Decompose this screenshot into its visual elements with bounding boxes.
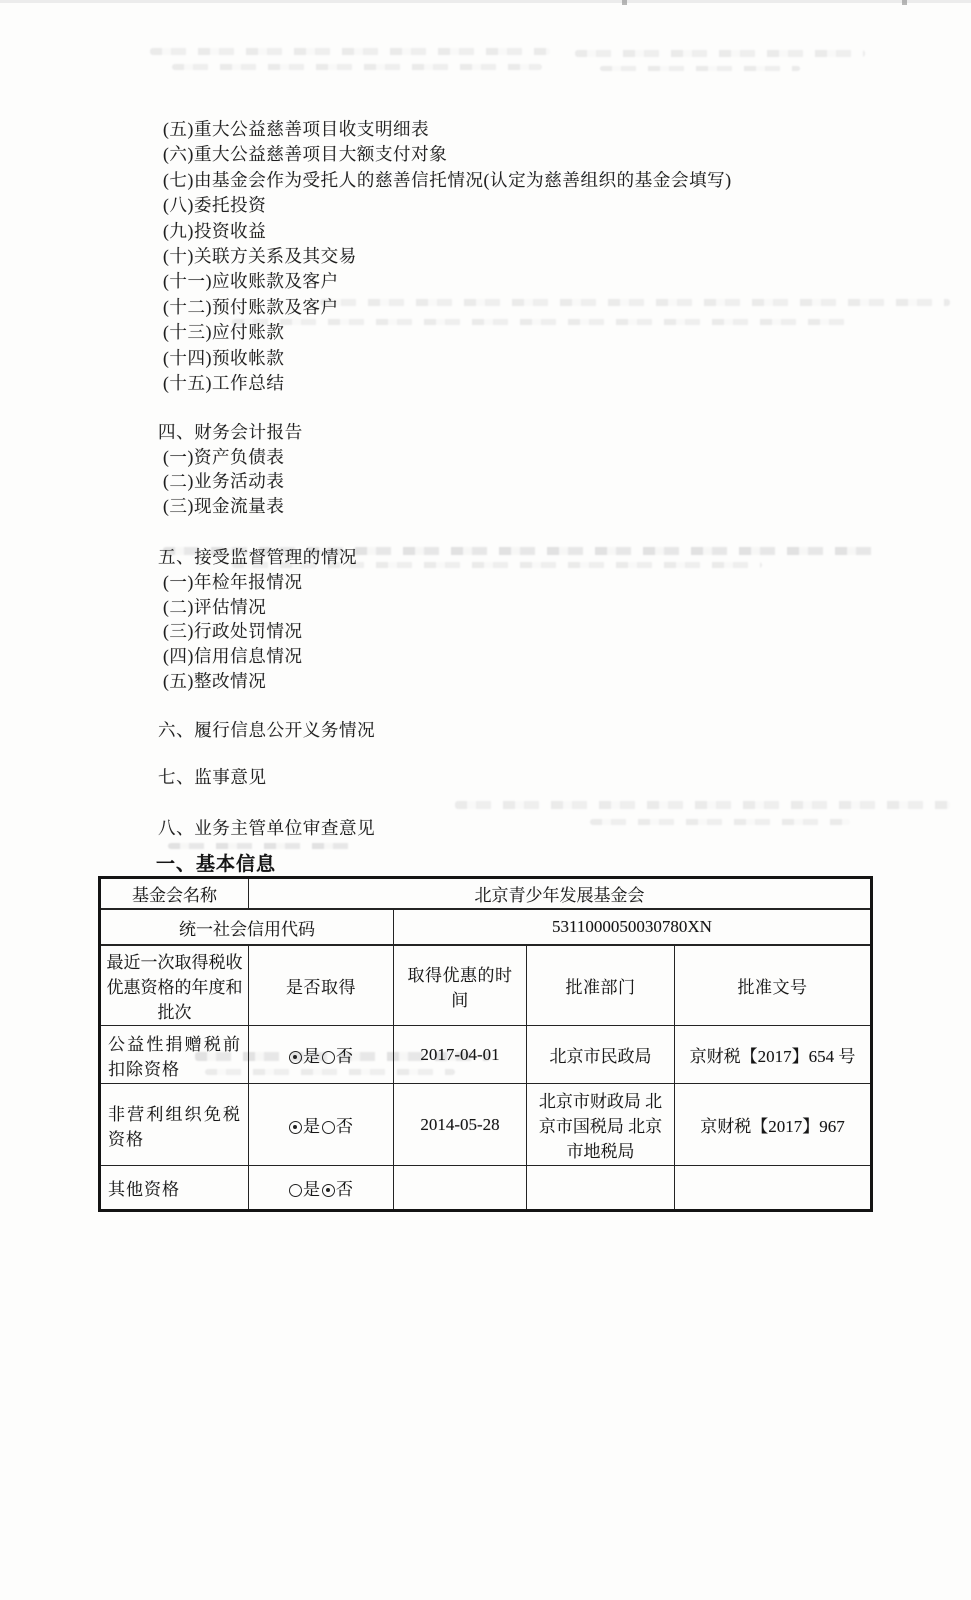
foundation-name-value: 北京青少年发展基金会 [249,878,872,910]
row-doc-no [675,1166,872,1211]
row-obtained-radios: 是否 [249,1026,394,1084]
scan-artifact-10 [590,819,850,825]
radio-no-label: 否 [336,1047,354,1066]
row-date: 2017-04-01 [394,1026,527,1084]
credit-code-value: 5311000050030780XN [394,909,872,945]
credit-code-label: 统一社会信用代码 [100,909,394,945]
toc-section-5: 五、接受监督管理的情况 (一)年检年报情况 (二)评估情况 (三)行政处罚情况 … [158,545,357,694]
scan-artifact-3 [172,64,542,70]
row-doc-no: 京财税【2017】967 [675,1084,872,1166]
row-department: 北京市财政局 北京市国税局 北京市地税局 [527,1084,675,1166]
scan-artifact-tick-2 [902,0,907,5]
row-date [394,1166,527,1211]
basic-info-heading: 一、基本信息 [156,849,276,876]
col-header-date: 取得优惠的时间 [394,945,527,1026]
radio-yes-icon [289,1051,302,1064]
toc-item: (十二)预付账款及客户 [158,295,732,320]
toc-section-6: 六、履行信息公开义务情况 [158,718,375,743]
toc-section-title: 四、财务会计报告 [158,420,303,445]
radio-yes-label: 是 [303,1180,321,1199]
toc-section-8: 八、业务主管单位审查意见 [158,816,375,841]
toc-section-7: 七、监事意见 [158,765,267,790]
col-header-qualification: 最近一次取得税收优惠资格的年度和批次 [100,945,249,1026]
toc-section-title: 七、监事意见 [158,765,267,790]
toc-section-title: 六、履行信息公开义务情况 [158,718,375,743]
radio-no-label: 否 [336,1117,354,1136]
radio-no-icon [322,1184,335,1197]
row-doc-no: 京财税【2017】654 号 [675,1026,872,1084]
toc-section-title: 五、接受监督管理的情况 [158,545,357,570]
toc-item: (三)现金流量表 [158,494,303,519]
row-qualification-name: 非营利组织免税资格 [100,1084,249,1166]
radio-no-icon [322,1121,335,1134]
toc-item: (十四)预收帐款 [158,346,732,371]
radio-yes-icon [289,1184,302,1197]
toc-item: (十)关联方关系及其交易 [158,244,732,269]
scan-artifact-tick-1 [622,0,627,5]
row-qualification-name: 其他资格 [100,1166,249,1211]
scan-artifact-4 [600,66,800,71]
scan-artifact-9 [455,801,950,809]
row-date: 2014-05-28 [394,1084,527,1166]
radio-no-label: 否 [336,1180,354,1199]
radio-no-icon [322,1051,335,1064]
row-department [527,1166,675,1211]
toc-item: (一)资产负债表 [158,445,303,470]
radio-yes-label: 是 [303,1047,321,1066]
basic-info-table: 基金会名称 北京青少年发展基金会 统一社会信用代码 53110000500307… [98,876,873,1212]
toc-item: (一)年检年报情况 [158,570,357,595]
toc-item: (九)投资收益 [158,219,732,244]
radio-yes-label: 是 [303,1117,321,1136]
toc-item: (十一)应收账款及客户 [158,269,732,294]
toc-item: (二)评估情况 [158,595,357,620]
toc-item: (六)重大公益慈善项目大额支付对象 [158,142,732,167]
toc-item: (八)委托投资 [158,193,732,218]
foundation-name-label: 基金会名称 [100,878,249,910]
row-department: 北京市民政局 [527,1026,675,1084]
toc-item: (十三)应付账款 [158,320,732,345]
toc-item: (五)重大公益慈善项目收支明细表 [158,117,732,142]
col-header-department: 批准部门 [527,945,675,1026]
toc-section-title: 八、业务主管单位审查意见 [158,816,375,841]
radio-yes-icon [289,1121,302,1134]
scan-artifact-1 [150,48,550,55]
toc-item: (五)整改情况 [158,669,357,694]
toc-item: (四)信用信息情况 [158,644,357,669]
toc-item: (十五)工作总结 [158,371,732,396]
toc-section-4: 四、财务会计报告 (一)资产负债表 (二)业务活动表 (三)现金流量表 [158,420,303,518]
row-obtained-radios: 是否 [249,1166,394,1211]
scan-edge [0,0,971,3]
toc-part3-list: (五)重大公益慈善项目收支明细表 (六)重大公益慈善项目大额支付对象 (七)由基… [158,117,732,396]
toc-item: (二)业务活动表 [158,469,303,494]
row-obtained-radios: 是否 [249,1084,394,1166]
toc-item: (七)由基金会作为受托人的慈善信托情况(认定为慈善组织的基金会填写) [158,168,732,193]
col-header-doc-no: 批准文号 [675,945,872,1026]
col-header-obtained: 是否取得 [249,945,394,1026]
scan-artifact-2 [575,50,865,57]
row-qualification-name: 公益性捐赠税前扣除资格 [100,1026,249,1084]
scanned-report-page: (五)重大公益慈善项目收支明细表 (六)重大公益慈善项目大额支付对象 (七)由基… [0,0,971,1600]
toc-item: (三)行政处罚情况 [158,619,357,644]
